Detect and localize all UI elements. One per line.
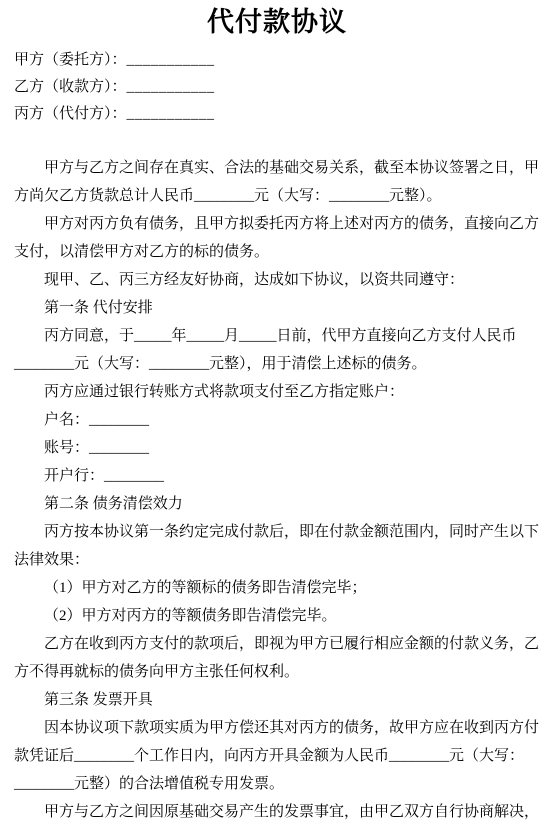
document-page: 代付款协议 甲方（委托方）：___________ 乙方（收款方）：______… xyxy=(0,0,554,828)
payment-terms-paragraph: 丙方同意，于_____年_____月_____日前，代甲方直接向乙方支付人民币_… xyxy=(14,322,540,378)
section-1-heading: 第一条 代付安排 xyxy=(14,294,540,322)
doc-line: 开户行：________ xyxy=(14,462,540,490)
bank-branch-field: 开户行：________ xyxy=(14,462,540,490)
doc-line: 丙方按本协议第一条约定完成付款后，即在付款金额范围内，同时产生以下 xyxy=(14,518,540,546)
doc-body: 甲方与乙方之间存在真实、合法的基础交易关系，截至本协议签署之日，甲方尚欠乙方货款… xyxy=(14,154,540,826)
section-2-heading: 第二条 债务清偿效力 xyxy=(14,490,540,518)
party-c-blank: ___________ xyxy=(127,106,215,122)
party-a-label: 甲方（委托方）： xyxy=(14,52,127,68)
invoice-paragraph: 因本协议项下款项实质为甲方偿还其对丙方的债务，故甲方应在收到丙方付款凭证后___… xyxy=(14,714,540,798)
doc-line: 法律效果： xyxy=(14,546,540,574)
party-c-line: 丙方（代付方）：___________ xyxy=(14,101,540,128)
doc-line: 因本协议项下款项实质为甲方偿还其对丙方的债务，故甲方应在收到丙方付 xyxy=(14,714,540,742)
doc-line: 方尚欠乙方货款总计人民币________元（大写：________元整）。 xyxy=(14,182,540,210)
doc-line: 丙方同意，于_____年_____月_____日前，代甲方直接向乙方支付人民币 xyxy=(14,322,540,350)
party-a-blank: ___________ xyxy=(127,52,215,68)
receipt-effect-paragraph: 乙方在收到丙方支付的款项后，即视为甲方已履行相应金额的付款义务，乙方不得再就标的… xyxy=(14,630,540,686)
doc-line: 乙方在收到丙方支付的款项后，即视为甲方已履行相应金额的付款义务，乙 xyxy=(14,630,540,658)
doc-line: 支付，以清偿甲方对乙方的标的债务。 xyxy=(14,238,540,266)
party-b-line: 乙方（收款方）：___________ xyxy=(14,74,540,101)
document-title: 代付款协议 xyxy=(14,5,540,39)
section-3-heading: 第三条 发票开具 xyxy=(14,686,540,714)
doc-line: 第三条 发票开具 xyxy=(14,686,540,714)
agreement-lead-in: 现甲、乙、丙三方经友好协商，达成如下协议，以资共同遵守： xyxy=(14,266,540,294)
legal-effect-item-2: （2）甲方对丙方的等额债务即告清偿完毕。 xyxy=(14,602,540,630)
original-invoice-paragraph: 甲方与乙方之间因原基础交易产生的发票事宜，由甲乙双方自行协商解决， xyxy=(14,798,540,826)
doc-line: 现甲、乙、丙三方经友好协商，达成如下协议，以资共同遵守： xyxy=(14,266,540,294)
doc-line: （2）甲方对丙方的等额债务即告清偿完毕。 xyxy=(14,602,540,630)
doc-line: 第二条 债务清偿效力 xyxy=(14,490,540,518)
entrust-paragraph: 甲方对丙方负有债务，且甲方拟委托丙方将上述对丙方的债务，直接向乙方支付，以清偿甲… xyxy=(14,210,540,266)
bank-transfer-paragraph: 丙方应通过银行转账方式将款项支付至乙方指定账户： xyxy=(14,378,540,406)
doc-line: 方不得再就标的债务向甲方主张任何权利。 xyxy=(14,658,540,686)
doc-line: 户名：________ xyxy=(14,406,540,434)
party-c-label: 丙方（代付方）： xyxy=(14,106,127,122)
account-number-field: 账号：________ xyxy=(14,434,540,462)
party-block: 甲方（委托方）：___________ 乙方（收款方）：___________ … xyxy=(14,47,540,128)
doc-line: 甲方与乙方之间因原基础交易产生的发票事宜，由甲乙双方自行协商解决， xyxy=(14,798,540,826)
party-a-line: 甲方（委托方）：___________ xyxy=(14,47,540,74)
doc-line: （1）甲方对乙方的等额标的债务即告清偿完毕； xyxy=(14,574,540,602)
doc-line: 账号：________ xyxy=(14,434,540,462)
intro-debt-paragraph: 甲方与乙方之间存在真实、合法的基础交易关系，截至本协议签署之日，甲方尚欠乙方货款… xyxy=(14,154,540,210)
doc-line: 甲方与乙方之间存在真实、合法的基础交易关系，截至本协议签署之日，甲 xyxy=(14,154,540,182)
doc-line: ________元（大写：________元整），用于清偿上述标的债务。 xyxy=(14,350,540,378)
doc-line: 丙方应通过银行转账方式将款项支付至乙方指定账户： xyxy=(14,378,540,406)
party-b-blank: ___________ xyxy=(127,79,215,95)
party-b-label: 乙方（收款方）： xyxy=(14,79,127,95)
doc-line: ________元整）的合法增值税专用发票。 xyxy=(14,770,540,798)
doc-line: 款凭证后________个工作日内，向丙方开具金额为人民币________元（大… xyxy=(14,742,540,770)
account-name-field: 户名：________ xyxy=(14,406,540,434)
doc-line: 甲方对丙方负有债务，且甲方拟委托丙方将上述对丙方的债务，直接向乙方 xyxy=(14,210,540,238)
legal-effect-paragraph: 丙方按本协议第一条约定完成付款后，即在付款金额范围内，同时产生以下法律效果： xyxy=(14,518,540,574)
legal-effect-item-1: （1）甲方对乙方的等额标的债务即告清偿完毕； xyxy=(14,574,540,602)
doc-line: 第一条 代付安排 xyxy=(14,294,540,322)
